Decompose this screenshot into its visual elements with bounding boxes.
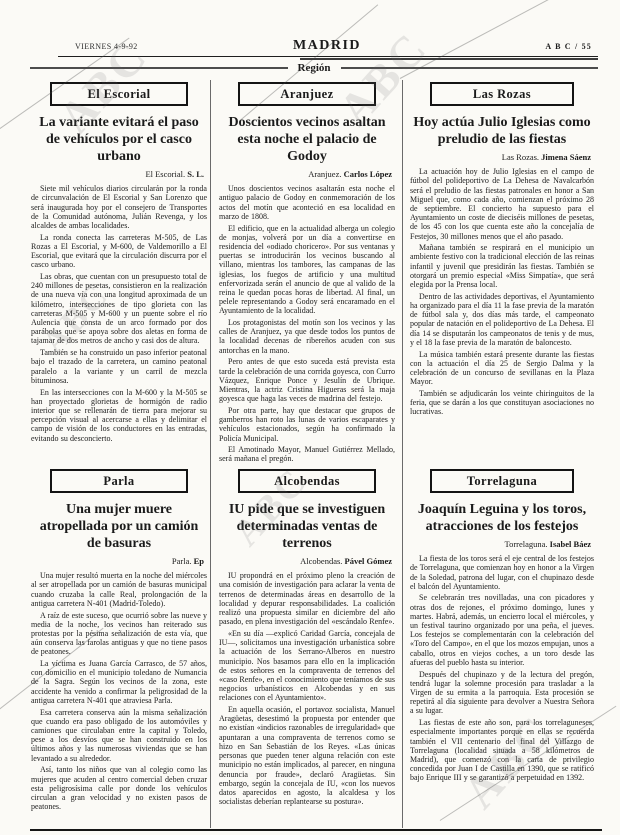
article-el-escorial: El Escorial La variante evitará el paso …	[31, 80, 207, 467]
byline-location: Alcobendas.	[300, 556, 342, 566]
town-label: Las Rozas	[430, 82, 574, 106]
paragraph: Las fiestas de este año son, para los to…	[410, 718, 594, 782]
paragraph: A raíz de este suceso, que ocurrió sobre…	[31, 611, 207, 657]
article-body: La actuación hoy de Julio Iglesias en el…	[410, 167, 594, 416]
article-headline: La variante evitará el paso de vehículos…	[32, 114, 206, 165]
paragraph: Siete mil vehículos diarios circularán p…	[31, 184, 207, 230]
byline-author: Pável Gómez	[345, 556, 392, 566]
column-divider	[402, 80, 403, 828]
page-bottom-rule	[30, 829, 602, 831]
paragraph: El edificio, que en la actualidad alberg…	[219, 224, 395, 316]
byline-location: El Escorial.	[145, 169, 185, 179]
column-3: Las Rozas Hoy actúa Julio Iglesias como …	[410, 80, 594, 823]
paragraph: Esa carretera conserva aún la misma seña…	[31, 708, 207, 763]
byline: Torrelaguna. Isabel Báez	[413, 539, 591, 549]
byline: Alcobendas. Pável Gómez	[222, 556, 392, 566]
region-rule-left	[30, 67, 288, 69]
byline-location: Aranjuez.	[308, 169, 341, 179]
byline-author: Carlos López	[344, 169, 392, 179]
masthead-rule	[58, 56, 598, 57]
paragraph: Después del chupinazo y de la lectura de…	[410, 670, 594, 716]
article-body: Unos doscientos vecinos asaltarán esta n…	[219, 184, 395, 463]
article-headline: Doscientos vecinos asaltan esta noche el…	[220, 114, 394, 165]
byline-author: S. L.	[187, 169, 204, 179]
column-divider	[210, 80, 211, 828]
article-headline: Una mujer muere atropellada por un camió…	[32, 501, 206, 552]
paragraph: El Amotinado Mayor, Manuel Gutiérrez Mel…	[219, 445, 395, 463]
town-label: Aranjuez	[238, 82, 376, 106]
paragraph: La música también estará presente durant…	[410, 350, 594, 387]
town-label: Torrelaguna	[430, 469, 574, 493]
byline: Las Rozas. Jimena Sáenz	[413, 152, 591, 162]
article-alcobendas: Alcobendas IU pide que se investiguen de…	[219, 467, 395, 823]
paragraph: Los protagonistas del motín son los veci…	[219, 318, 395, 355]
page-number: A B C / 55	[545, 42, 592, 51]
paragraph: La actuación hoy de Julio Iglesias en el…	[410, 167, 594, 241]
region-rule-right	[341, 67, 599, 69]
paragraph: Unos doscientos vecinos asaltarán esta n…	[219, 184, 395, 221]
town-label: Alcobendas	[238, 469, 376, 493]
column-1: El Escorial La variante evitará el paso …	[31, 80, 207, 823]
article-las-rozas: Las Rozas Hoy actúa Julio Iglesias como …	[410, 80, 594, 467]
paragraph: «En su día —explicó Caridad García, conc…	[219, 629, 395, 703]
article-body: Una mujer resultó muerta en la noche del…	[31, 571, 207, 811]
byline: Parla. Ep	[34, 556, 204, 566]
byline-location: Las Rozas.	[502, 152, 539, 162]
article-body: Siete mil vehículos diarios circularán p…	[31, 184, 207, 442]
town-label: El Escorial	[50, 82, 188, 106]
byline-location: Torrelaguna.	[504, 539, 547, 549]
paragraph: La ronda conecta las carreteras M-505, d…	[31, 233, 207, 270]
byline-author: Jimena Sáenz	[541, 152, 591, 162]
paragraph: Así, tanto los niños que van al colegio …	[31, 765, 207, 811]
region-band: Región	[30, 62, 598, 74]
paragraph: En las intersecciones con la M-600 y la …	[31, 388, 207, 443]
paragraph: Dentro de las actividades deportivas, el…	[410, 292, 594, 347]
paragraph: Una mujer resultó muerta en la noche del…	[31, 571, 207, 608]
article-aranjuez: Aranjuez Doscientos vecinos asaltan esta…	[219, 80, 395, 467]
section-title: MADRID	[60, 38, 594, 54]
byline: El Escorial. S. L.	[34, 169, 204, 179]
masthead-rule-secondary	[300, 58, 598, 60]
article-headline: Hoy actúa Julio Iglesias como preludio d…	[411, 114, 593, 148]
byline: Aranjuez. Carlos López	[222, 169, 392, 179]
paragraph: Se celebrarán tres novilladas, una con p…	[410, 593, 594, 667]
article-parla: Parla Una mujer muere atropellada por un…	[31, 467, 207, 823]
paragraph: IU propondrá en el próximo pleno la crea…	[219, 571, 395, 626]
article-headline: Joaquín Leguina y los toros, atracciones…	[411, 501, 593, 535]
paragraph: También se adjudicarán los veinte chirin…	[410, 389, 594, 417]
article-torrelaguna: Torrelaguna Joaquín Leguina y los toros,…	[410, 467, 594, 823]
town-label: Parla	[50, 469, 188, 493]
masthead: VIERNES 4-9-92 MADRID A B C / 55	[60, 38, 594, 54]
paragraph: En aquella ocasión, el portavoz socialis…	[219, 705, 395, 806]
paragraph: Por otra parte, hay que destacar que gru…	[219, 406, 395, 443]
paragraph: Mañana también se respirará en el munici…	[410, 243, 594, 289]
paragraph: La víctima es Juana García Carrasco, de …	[31, 659, 207, 705]
paragraph: También se ha construido un paso inferio…	[31, 348, 207, 385]
article-body: IU propondrá en el próximo pleno la crea…	[219, 571, 395, 806]
article-body: La fiesta de los toros será el eje centr…	[410, 554, 594, 782]
byline-author: Isabel Báez	[550, 539, 591, 549]
paragraph: La fiesta de los toros será el eje centr…	[410, 554, 594, 591]
paragraph: Las obras, que cuentan con un presupuest…	[31, 272, 207, 346]
column-2: Aranjuez Doscientos vecinos asaltan esta…	[219, 80, 395, 823]
paragraph: Pero antes de que esto suceda está previ…	[219, 357, 395, 403]
byline-location: Parla.	[172, 556, 192, 566]
region-label: Región	[298, 62, 331, 74]
byline-author: Ep	[194, 556, 204, 566]
article-headline: IU pide que se investiguen determinadas …	[220, 501, 394, 552]
newspaper-page: { "page": { "date": "VIERNES 4-9-92", "s…	[0, 0, 620, 835]
